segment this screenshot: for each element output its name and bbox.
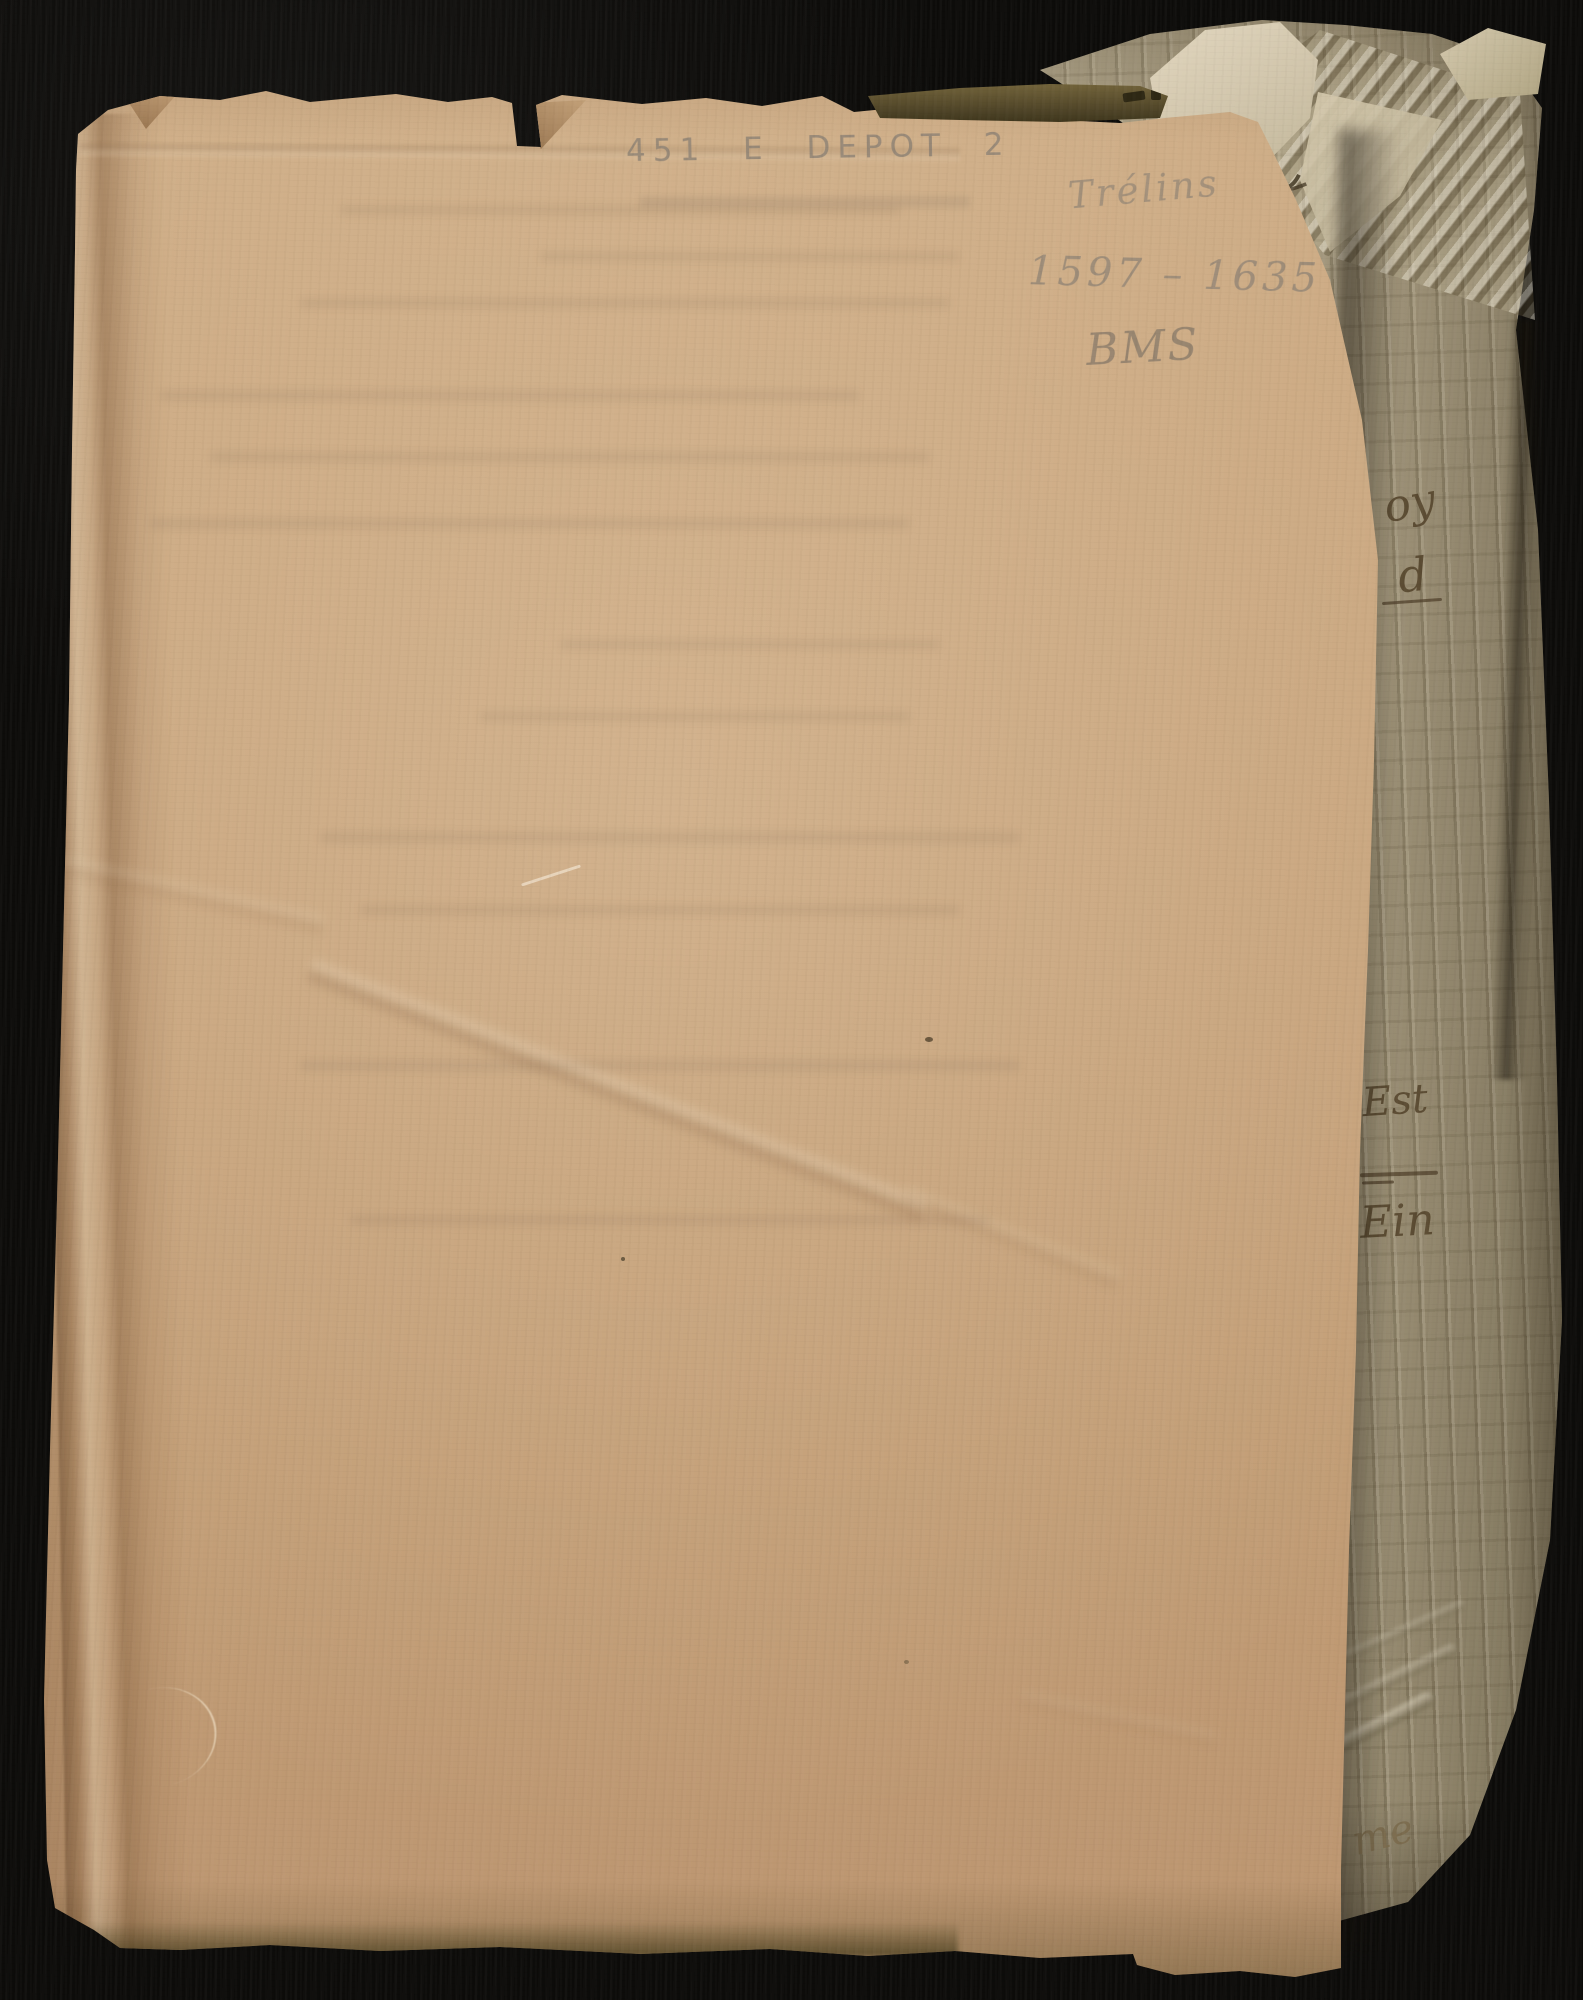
dust-speck: [904, 1660, 909, 1664]
pencil-date-range: 1597 – 1635: [1027, 248, 1321, 302]
ink-fragment: d: [1395, 547, 1430, 604]
dust-speck: [621, 1257, 625, 1261]
ghost-streak: [210, 452, 930, 462]
pencil-register-type: BMS: [1085, 319, 1201, 376]
pencil-archive-reference: 451 E DEPOT 2: [626, 127, 1011, 170]
ghost-streak: [300, 298, 950, 308]
ghost-streak: [360, 905, 960, 915]
archive-photo: oy d Est Ein me: [0, 0, 1583, 2000]
ghost-streak: [300, 1060, 1020, 1071]
ghost-streak: [540, 252, 960, 261]
stain-mark: [1122, 91, 1145, 103]
ghost-streak: [560, 640, 940, 649]
erased-pencil-ghost: [640, 196, 970, 208]
ghost-streak: [480, 712, 910, 721]
ghost-streak: [150, 518, 910, 529]
dust-speck: [925, 1037, 933, 1042]
ghost-streak: [160, 390, 860, 401]
ghost-streak: [320, 832, 1020, 843]
